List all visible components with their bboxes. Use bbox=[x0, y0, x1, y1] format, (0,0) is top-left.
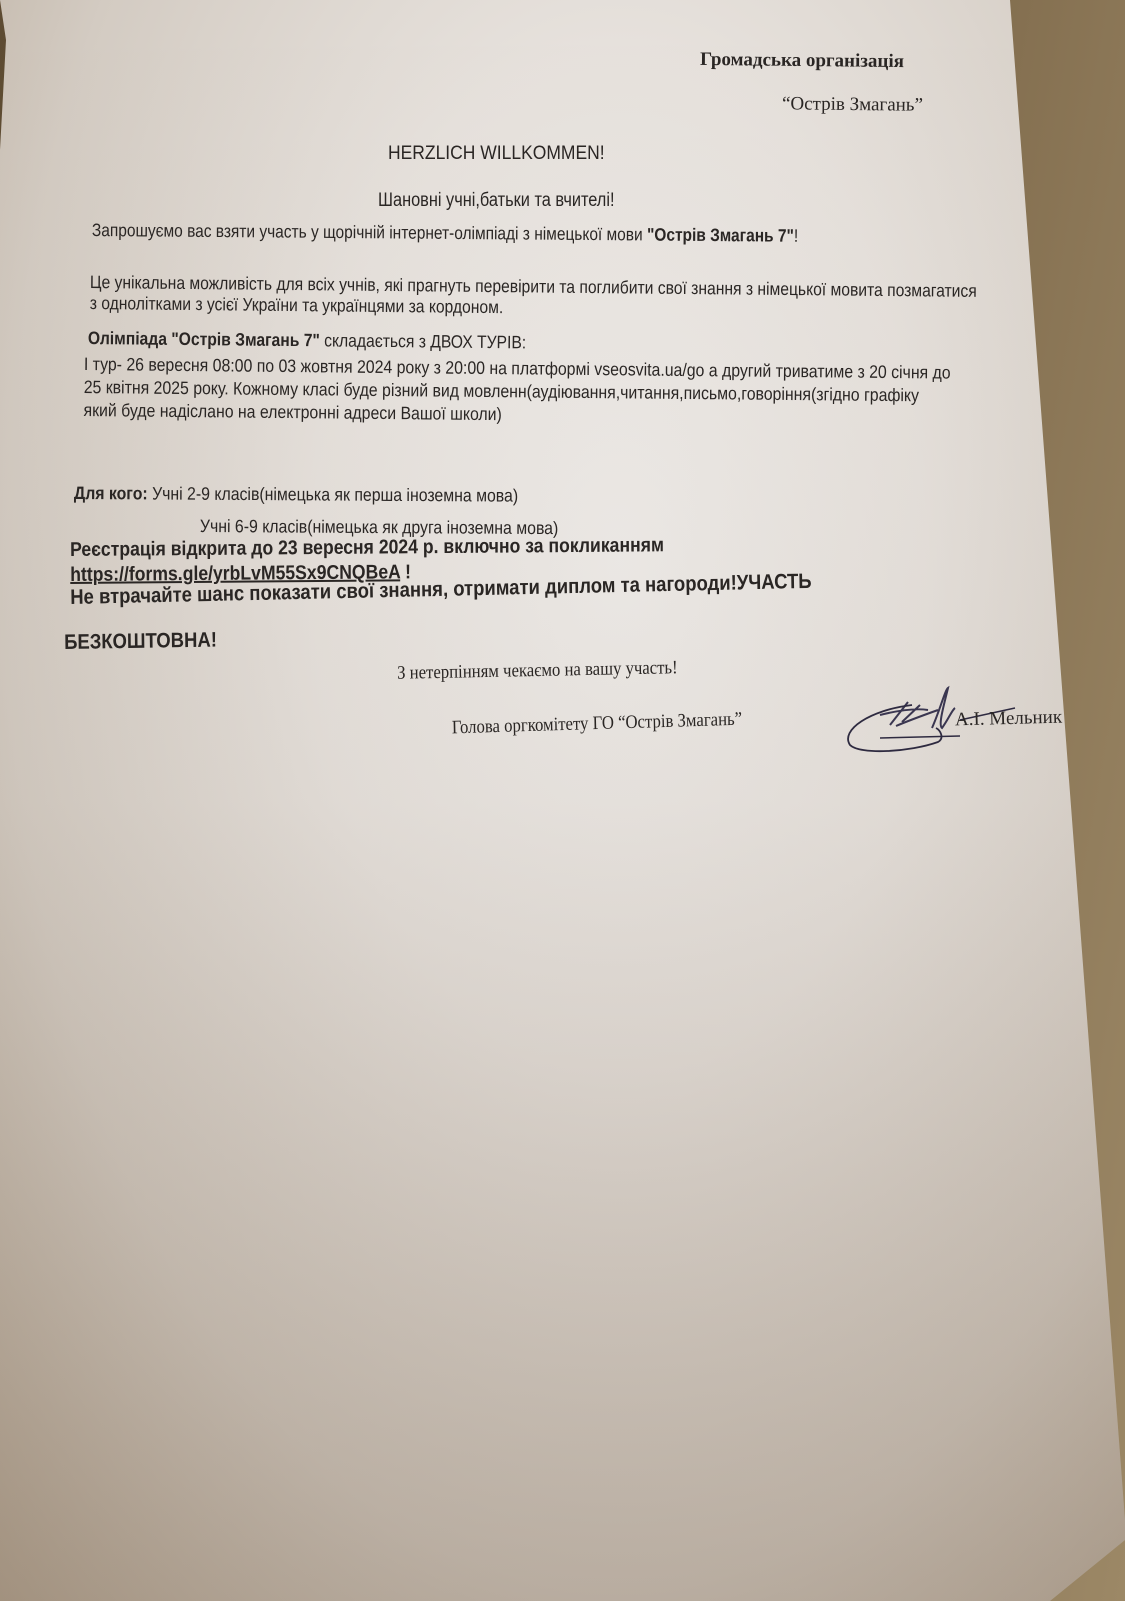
opportunity-paragraph: Це унікальна можливість для всіх учнів, … bbox=[90, 272, 978, 323]
tours-intro-text: складається з ДВОХ ТУРІВ: bbox=[320, 330, 526, 352]
audience-line1: Для кого: Учні 2-9 класів(німецька як пе… bbox=[74, 483, 518, 507]
audience-label: Для кого: bbox=[74, 483, 148, 503]
audience-text1: Учні 2-9 класів(німецька як перша інозем… bbox=[152, 483, 518, 505]
signatory-name: А.І. Мельник bbox=[955, 707, 1063, 732]
org-name-line1: Громадська організація bbox=[700, 49, 904, 73]
tours-intro: Олімпіада "Острів Змагань 7" складається… bbox=[88, 328, 526, 353]
invite-text: Запрошуємо вас взяти участь у щорічній і… bbox=[92, 220, 647, 245]
tours-intro-bold: Олімпіада "Острів Змагань 7" bbox=[88, 328, 320, 350]
welcome-heading: HERZLICH WILLKOMMEN! bbox=[388, 143, 605, 165]
tours-detail: І тур- 26 вересня 08:00 по 03 жовтня 202… bbox=[83, 353, 955, 431]
paper-sheet: Громадська організація “Острів Змагань” … bbox=[0, 0, 1125, 1601]
olympiad-name: "Острів Змагань 7" bbox=[647, 225, 794, 246]
org-name-line2: “Острів Змагань” bbox=[782, 93, 923, 116]
greeting: Шановні учні,батьки та вчителі! bbox=[378, 190, 615, 212]
invite-end: ! bbox=[794, 226, 798, 246]
cta-line2: БЕЗКОШТОВНА! bbox=[64, 630, 217, 653]
registration-text: Реєстрація відкрита до 23 вересня 2024 р… bbox=[70, 534, 664, 561]
